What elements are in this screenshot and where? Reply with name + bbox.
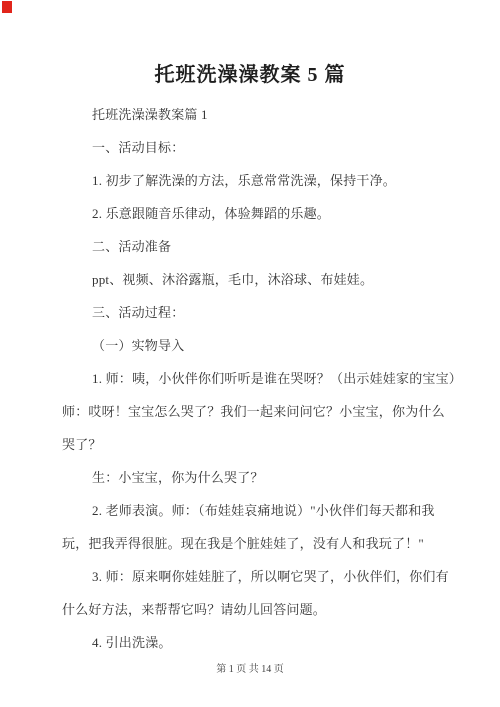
paragraph-line: ppt、视频、沐浴露瓶，毛巾，沐浴球、布娃娃。 (62, 263, 438, 296)
paragraph-line: 哭了？ (62, 428, 438, 461)
paragraph-line: 托班洗澡澡教案篇 1 (62, 98, 438, 131)
page-number-footer: 第 1 页 共 14 页 (0, 660, 500, 675)
paragraph-line: 二、活动准备 (62, 230, 438, 263)
paragraph-line: 1. 初步了解洗澡的方法，乐意常常洗澡，保持干净。 (62, 164, 438, 197)
paragraph-line: 三、活动过程： (62, 296, 438, 329)
paragraph-line: 1. 师：咦，小伙伴你们听听是谁在哭呀？（出示娃娃家的宝宝） (62, 362, 438, 395)
red-corner-mark (2, 1, 12, 13)
paragraph-line: 生：小宝宝，你为什么哭了？ (62, 461, 438, 494)
document-body: 托班洗澡澡教案篇 1一、活动目标：1. 初步了解洗澡的方法，乐意常常洗澡，保持干… (62, 98, 438, 659)
paragraph-line: 2. 乐意跟随音乐律动，体验舞蹈的乐趣。 (62, 197, 438, 230)
paragraph-line: 3. 师：原来啊你娃娃脏了，所以啊它哭了，小伙伴们，你们有 (62, 560, 438, 593)
page-title: 托班洗澡澡教案 5 篇 (0, 58, 500, 87)
paragraph-line: 师：哎呀！宝宝怎么哭了？我们一起来问问它？小宝宝，你为什么 (62, 395, 438, 428)
paragraph-line: 4. 引出洗澡。 (62, 626, 438, 659)
document-page: 托班洗澡澡教案 5 篇 托班洗澡澡教案篇 1一、活动目标：1. 初步了解洗澡的方… (0, 0, 500, 707)
paragraph-line: 一、活动目标： (62, 131, 438, 164)
paragraph-line: 什么好方法，来帮帮它吗？请幼儿回答问题。 (62, 593, 438, 626)
paragraph-line: （一）实物导入 (62, 329, 438, 362)
paragraph-line: 玩，把我弄得很脏。现在我是个脏娃娃了，没有人和我玩了！" (62, 527, 438, 560)
paragraph-line: 2. 老师表演。师：（布娃娃哀痛地说）"小伙伴们每天都和我 (62, 494, 438, 527)
